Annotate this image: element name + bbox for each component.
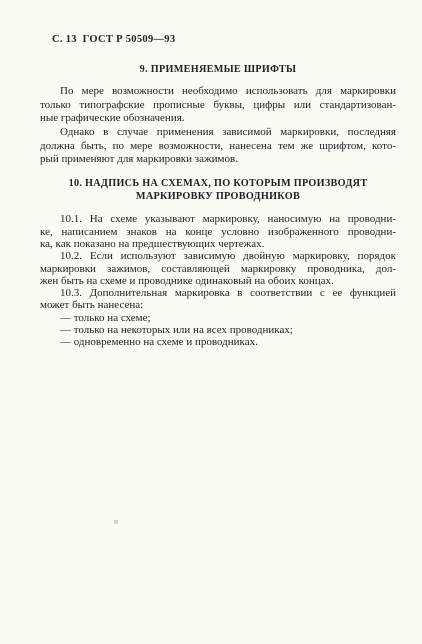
section-9-title: 9. ПРИМЕНЯЕМЫЕ ШРИФТЫ xyxy=(40,63,396,76)
text-line: может быть нанесена: xyxy=(40,299,396,311)
paragraph-10-2: 10.2. Если используют зависимую двойную … xyxy=(40,250,396,287)
text-line: жен быть на схеме и проводнике одинаковы… xyxy=(40,275,396,287)
running-header: С. 13 ГОСТ Р 50509—93 xyxy=(40,33,396,47)
scan-artifact xyxy=(114,520,118,524)
text-line: маркировки зажимов, составляющей маркиро… xyxy=(40,263,396,275)
document-page: С. 13 ГОСТ Р 50509—93 9. ПРИМЕНЯЕМЫЕ ШРИ… xyxy=(0,0,422,644)
text-line: ные графические обозначения. xyxy=(40,112,396,126)
dash-list: — только на схеме; — только на некоторых… xyxy=(40,312,396,349)
text-line: 10.3. Дополнительная маркировка в соотве… xyxy=(40,287,396,299)
text-line: 10.2. Если используют зависимую двойную … xyxy=(40,250,396,262)
text-line: Однако в случае применения зависимой мар… xyxy=(40,126,396,140)
paragraph-9-2: Однако в случае применения зависимой мар… xyxy=(40,126,396,167)
section-10-title-line-1: 10. НАДПИСЬ НА СХЕМАХ, ПО КОТОРЫМ ПРОИЗВ… xyxy=(40,178,396,191)
text-line: ке, написанием знаков на конце условно и… xyxy=(40,226,396,238)
text-line: ка, как показано на предшествующих черте… xyxy=(40,238,396,250)
list-item: — только на схеме; xyxy=(40,312,396,324)
section-10-title: 10. НАДПИСЬ НА СХЕМАХ, ПО КОТОРЫМ ПРОИЗВ… xyxy=(40,178,396,203)
list-item: — только на некоторых или на всех провод… xyxy=(40,324,396,336)
text-block: С. 13 ГОСТ Р 50509—93 9. ПРИМЕНЯЕМЫЕ ШРИ… xyxy=(40,28,396,349)
list-item: — одновременно на схеме и проводниках. xyxy=(40,336,396,348)
text-line: рый применяют для маркировки зажимов. xyxy=(40,153,396,167)
text-line: 10.1. На схеме указывают маркировку, нан… xyxy=(40,213,396,225)
text-line: только типографские прописные буквы, циф… xyxy=(40,99,396,113)
paragraph-10-1: 10.1. На схеме указывают маркировку, нан… xyxy=(40,213,396,250)
paragraph-9-1: По мере возможности необходимо использов… xyxy=(40,85,396,126)
paragraph-10-3: 10.3. Дополнительная маркировка в соотве… xyxy=(40,287,396,312)
text-line: По мере возможности необходимо использов… xyxy=(40,85,396,99)
section-10-title-line-2: МАРКИРОВКУ ПРОВОДНИКОВ xyxy=(40,191,396,204)
text-line: должна быть, по мере возможности, нанесе… xyxy=(40,140,396,154)
